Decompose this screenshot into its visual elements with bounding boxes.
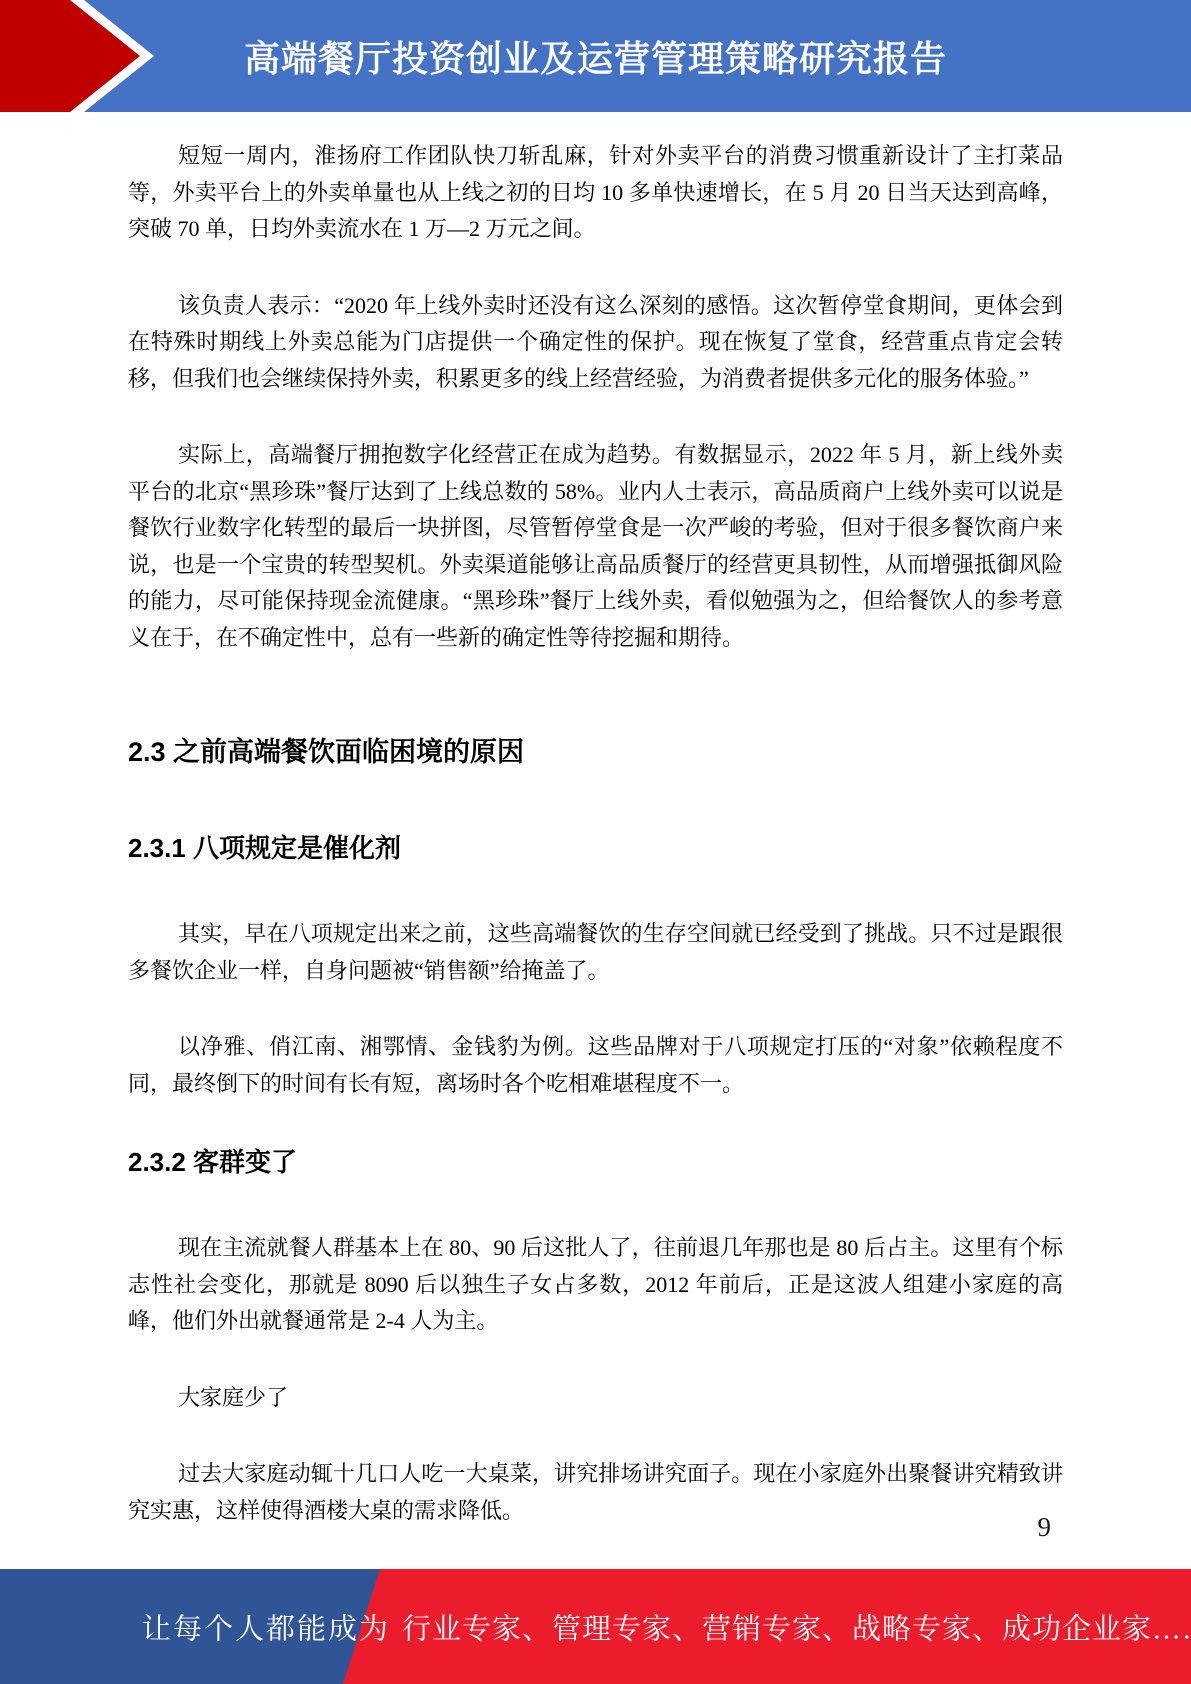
document-page: 高端餐厅投资创业及运营管理策略研究报告 短短一周内，淮扬府工作团队快刀斩乱麻，针… — [0, 0, 1191, 1684]
paragraph: 大家庭少了 — [128, 1380, 1063, 1417]
footer-banner: 让每个人都能成为 行业专家、管理专家、营销专家、战略专家、成功企业家…… — [0, 1569, 1191, 1684]
paragraph: 现在主流就餐人群基本上在 80、90 后这批人了，往前退几年那也是 80 后占主… — [128, 1230, 1063, 1340]
section-heading-2-3: 2.3 之前高端餐饮面临困境的原因 — [128, 732, 1063, 772]
paragraph: 短短一周内，淮扬府工作团队快刀斩乱麻，针对外卖平台的消费习惯重新设计了主打菜品等… — [128, 138, 1063, 248]
paragraph: 以净雅、俏江南、湘鄂情、金钱豹为例。这些品牌对于八项规定打压的“对象”依赖程度不… — [128, 1029, 1063, 1102]
footer-slogan-left: 让每个人都能成为 — [142, 1606, 390, 1647]
page-number: 9 — [1038, 1512, 1052, 1543]
subsection-heading-2-3-1: 2.3.1 八项规定是催化剂 — [128, 828, 1063, 868]
footer-slogan-right: 行业专家、管理专家、营销专家、战略专家、成功企业家…… — [402, 1606, 1191, 1647]
header-banner: 高端餐厅投资创业及运营管理策略研究报告 — [0, 0, 1191, 112]
paragraph: 该负责人表示：“2020 年上线外卖时还没有这么深刻的感悟。这次暂停堂食期间，更… — [128, 288, 1063, 398]
paragraph: 其实，早在八项规定出来之前，这些高端餐饮的生存空间就已经受到了挑战。只不过是跟很… — [128, 916, 1063, 989]
subsection-heading-2-3-2: 2.3.2 客群变了 — [128, 1142, 1063, 1182]
report-title: 高端餐厅投资创业及运营管理策略研究报告 — [0, 0, 1191, 112]
paragraph: 实际上，高端餐厅拥抱数字化经营正在成为趋势。有数据显示，2022 年 5 月，新… — [128, 437, 1063, 656]
page-content: 短短一周内，淮扬府工作团队快刀斩乱麻，针对外卖平台的消费习惯重新设计了主打菜品等… — [128, 112, 1063, 1569]
paragraph: 过去大家庭动辄十几口人吃一大桌菜，讲究排场讲究面子。现在小家庭外出聚餐讲究精致讲… — [128, 1456, 1063, 1529]
